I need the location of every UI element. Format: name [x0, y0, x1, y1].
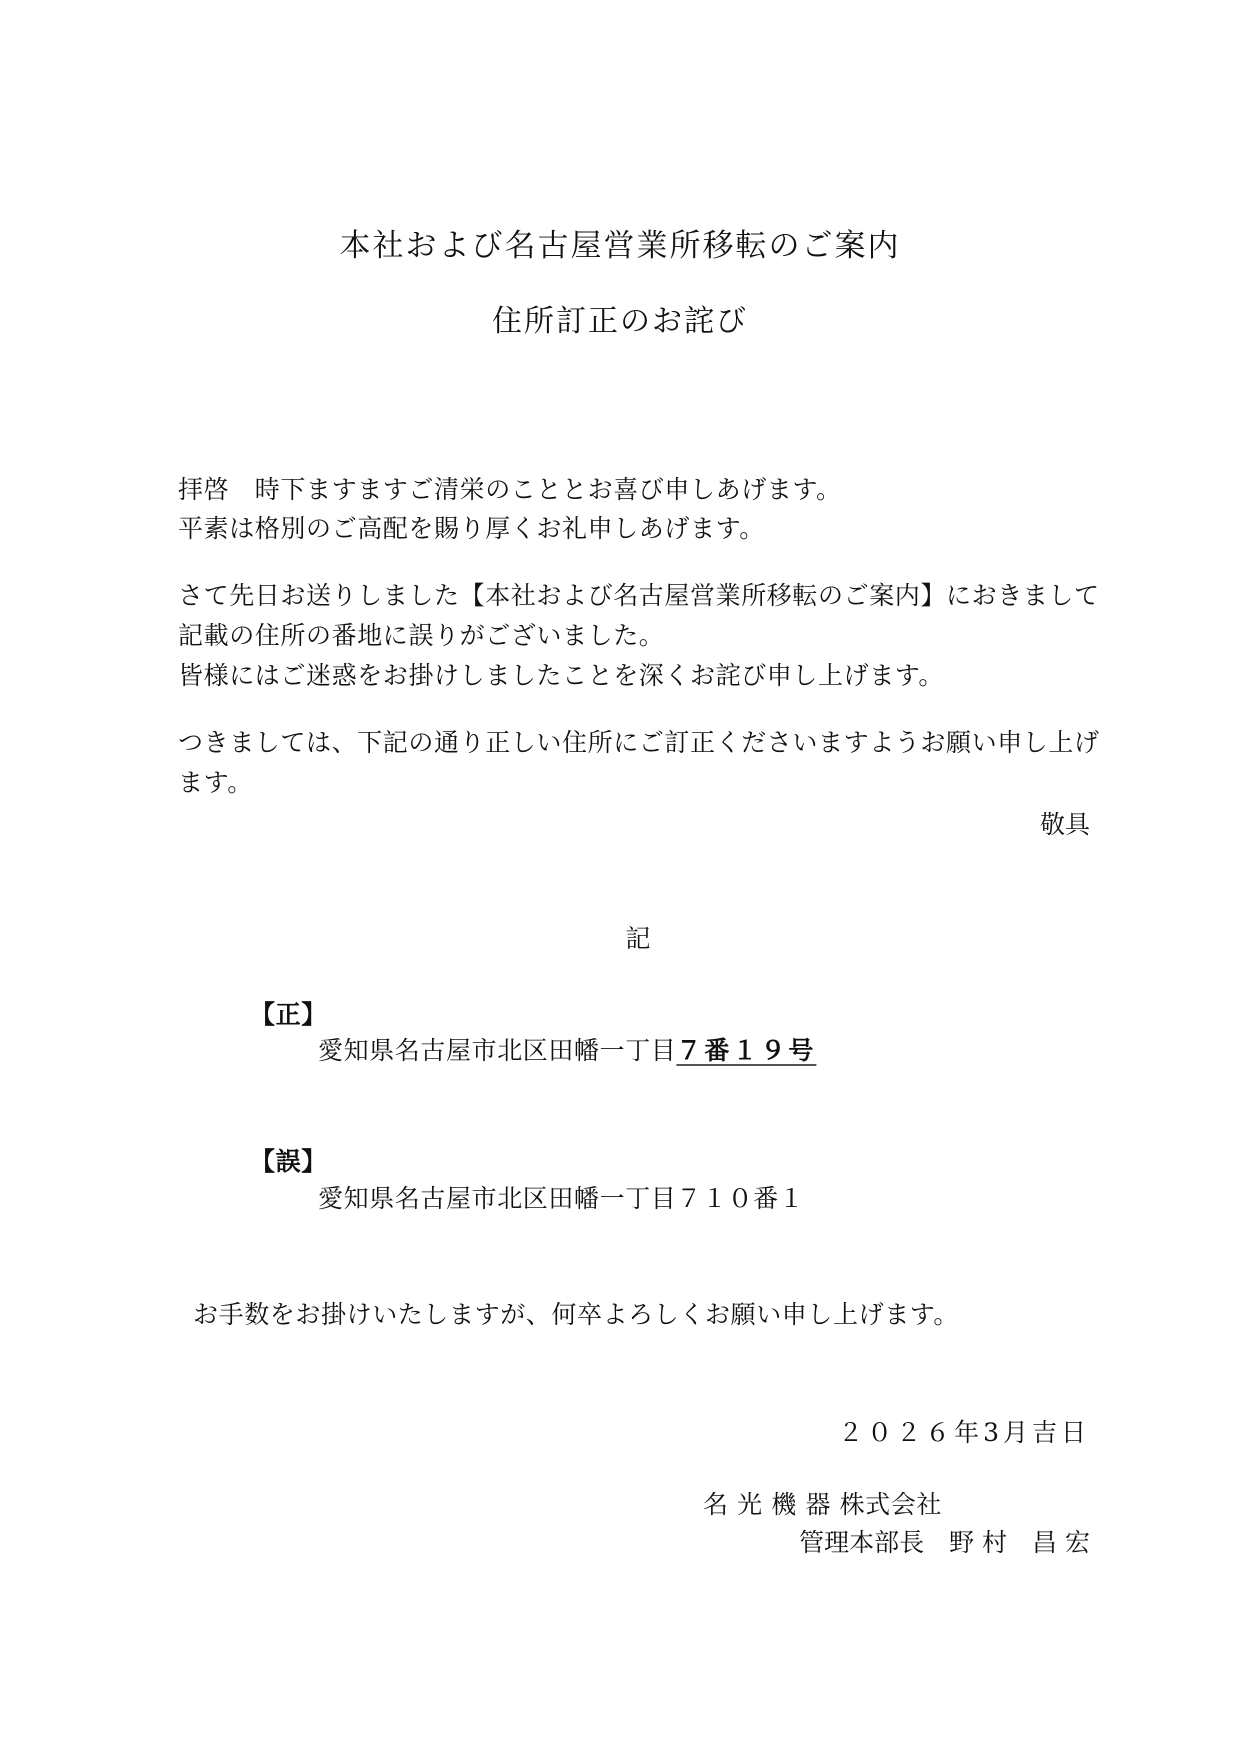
- issue-date: ２０２６年3月吉日: [838, 1418, 1090, 1448]
- greeting-line-1: 拝啓 時下ますますご清栄のこととお喜び申しあげます。: [178, 475, 842, 505]
- document-subtitle: 住所訂正のお詫び: [0, 302, 1240, 342]
- letter-page: 本社および名古屋営業所移転のご案内 住所訂正のお詫び 拝啓 時下ますますご清栄の…: [0, 0, 1240, 1755]
- greeting-line-2: 平素は格別のご高配を賜り厚くお礼申しあげます。: [178, 514, 765, 544]
- closing-request: お手数をお掛けいたしますが、何卒よろしくお願い申し上げます。: [193, 1300, 959, 1330]
- sender-company: 名 光 機 器 株式会社: [703, 1490, 942, 1520]
- correct-address: 愛知県名古屋市北区田幡一丁目７番１９号: [318, 1036, 816, 1066]
- paragraph2-line-2: 記載の住所の番地に誤りがございました。: [178, 621, 664, 651]
- paragraph2-line-3: 皆様にはご迷惑をお掛けしましたことを深くお詫び申し上げます。: [178, 661, 944, 691]
- wrong-label: 【誤】: [250, 1147, 327, 1177]
- document-title: 本社および名古屋営業所移転のご案内: [0, 226, 1240, 266]
- correct-address-emphasis: ７番１９号: [676, 1036, 816, 1065]
- closing-word-keigu: 敬具: [1040, 810, 1090, 840]
- ki-mark: 記: [0, 924, 1240, 954]
- wrong-address: 愛知県名古屋市北区田幡一丁目７１０番１: [318, 1184, 804, 1214]
- paragraph2-line-1: さて先日お送りしました【本社および名古屋営業所移転のご案内】におきまして: [178, 581, 1100, 611]
- correct-address-prefix: 愛知県名古屋市北区田幡一丁目: [318, 1036, 676, 1065]
- paragraph3-line-2: ます。: [178, 768, 253, 798]
- paragraph3-line-1: つきましては、下記の通り正しい住所にご訂正くださいますようお願い申し上げ: [178, 728, 1100, 758]
- correct-label: 【正】: [250, 1000, 327, 1030]
- sender-title-name: 管理本部長 野 村 昌 宏: [799, 1528, 1090, 1558]
